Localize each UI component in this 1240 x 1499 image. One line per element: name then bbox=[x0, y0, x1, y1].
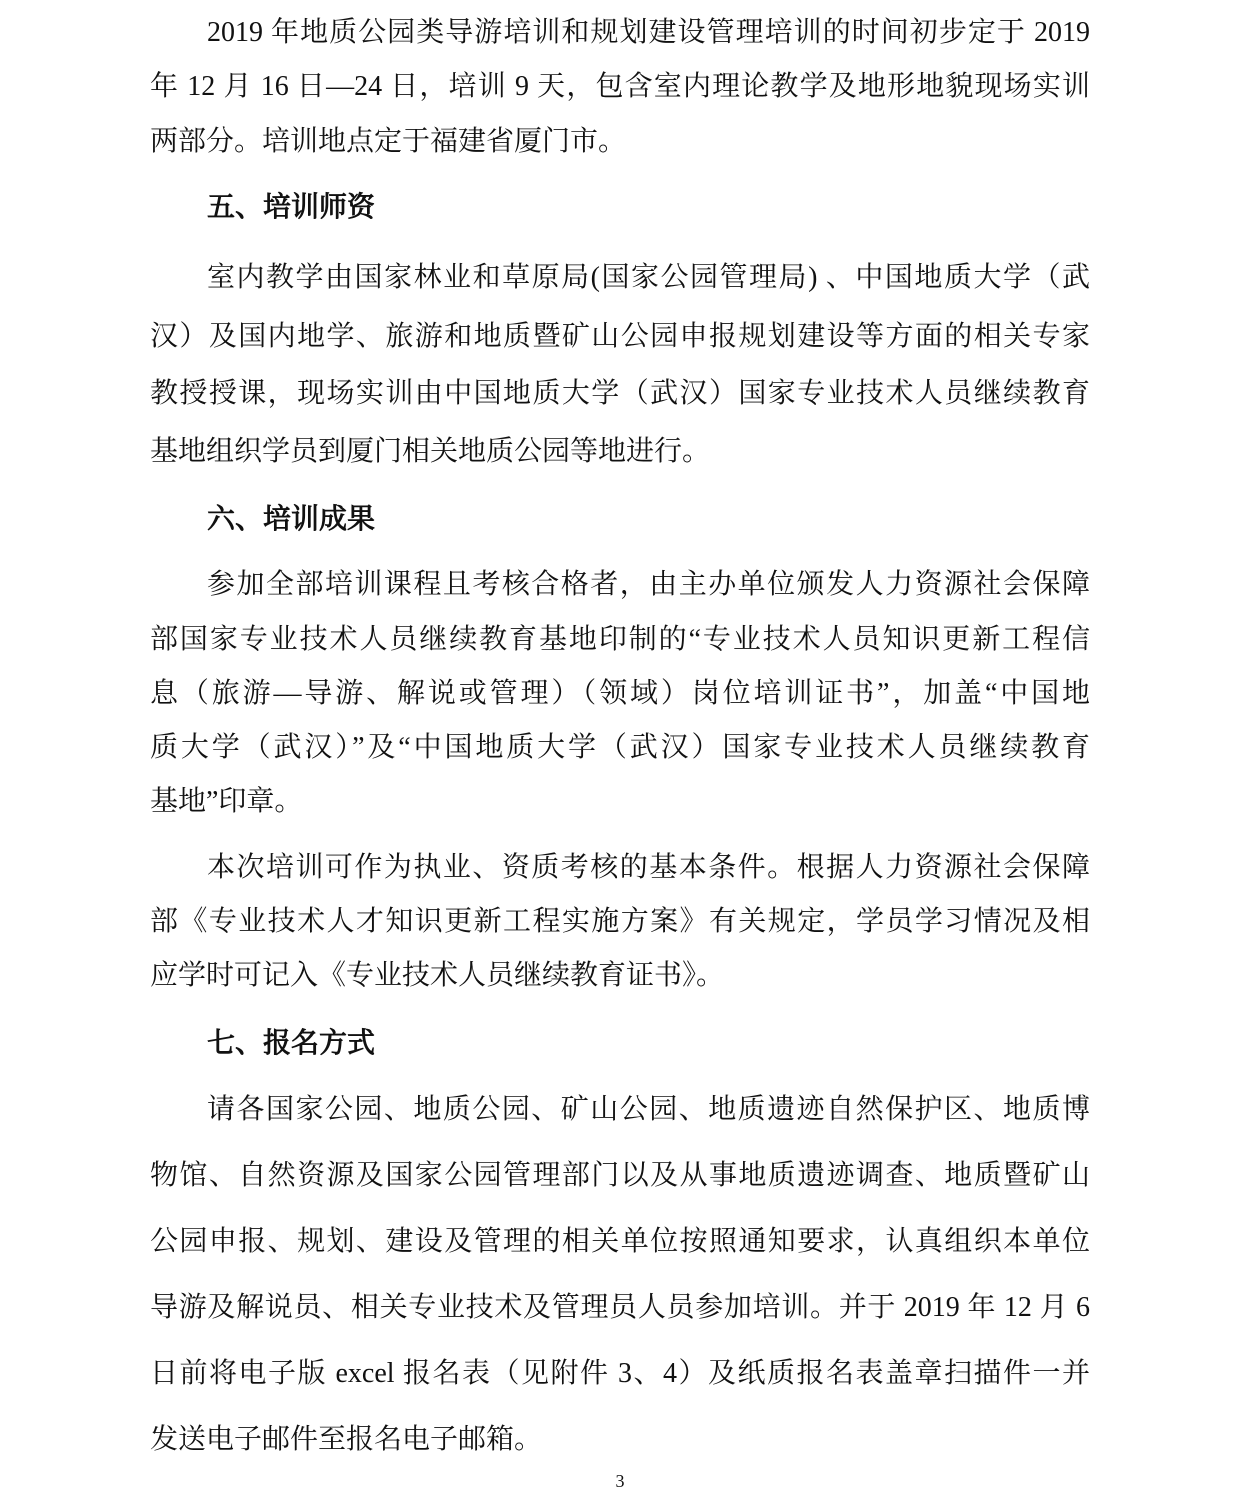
paragraph-line: 汉）及国内地学、旅游和地质暨矿山公园申报规划建设等方面的相关专家 bbox=[150, 320, 1090, 354]
paragraph-line: 室内教学由国家林业和草原局(国家公园管理局) 、中国地质大学（武 bbox=[207, 261, 1090, 295]
paragraph-line: 基地”印章。 bbox=[150, 785, 1090, 819]
paragraph-line: 部国家专业技术人员继续教育基地印制的“专业技术人员知识更新工程信 bbox=[150, 623, 1090, 657]
paragraph-line: 部《专业技术人才知识更新工程实施方案》有关规定，学员学习情况及相 bbox=[150, 905, 1090, 939]
paragraph-line: 息（旅游—导游、解说或管理）（领域）岗位培训证书”，加盖“中国地 bbox=[150, 677, 1090, 711]
paragraph-line: 基地组织学员到厦门相关地质公园等地进行。 bbox=[150, 435, 1090, 469]
paragraph-line: 本次培训可作为执业、资质考核的基本条件。根据人力资源社会保障 bbox=[207, 851, 1090, 885]
section-heading: 七、报名方式 bbox=[207, 1027, 375, 1061]
section-heading: 五、培训师资 bbox=[207, 191, 375, 225]
paragraph-line: 两部分。培训地点定于福建省厦门市。 bbox=[150, 125, 1090, 159]
paragraph-line: 应学时可记入《专业技术人员继续教育证书》。 bbox=[150, 959, 1090, 993]
paragraph-line: 2019 年地质公园类导游培训和规划建设管理培训的时间初步定于 2019 bbox=[207, 16, 1090, 50]
paragraph-line: 导游及解说员、相关专业技术及管理员人员参加培训。并于 2019 年 12 月 6 bbox=[150, 1291, 1090, 1325]
page-number: 3 bbox=[0, 1470, 1240, 1492]
paragraph-line: 质大学（武汉）”及“中国地质大学（武汉）国家专业技术人员继续教育 bbox=[150, 731, 1090, 765]
section-heading: 六、培训成果 bbox=[207, 503, 375, 537]
paragraph-line: 请各国家公园、地质公园、矿山公园、地质遗迹自然保护区、地质博 bbox=[207, 1093, 1090, 1127]
paragraph-line: 教授授课，现场实训由中国地质大学（武汉）国家专业技术人员继续教育 bbox=[150, 377, 1090, 411]
paragraph-line: 物馆、自然资源及国家公园管理部门以及从事地质遗迹调查、地质暨矿山 bbox=[150, 1159, 1090, 1193]
paragraph-line: 公园申报、规划、建设及管理的相关单位按照通知要求，认真组织本单位 bbox=[150, 1225, 1090, 1259]
paragraph-line: 年 12 月 16 日—24 日，培训 9 天，包含室内理论教学及地形地貌现场实… bbox=[150, 70, 1090, 104]
paragraph-line: 发送电子邮件至报名电子邮箱。 bbox=[150, 1423, 1090, 1457]
document-page: 2019 年地质公园类导游培训和规划建设管理培训的时间初步定于 2019 年 1… bbox=[0, 0, 1240, 1499]
paragraph-line: 日前将电子版 excel 报名表（见附件 3、4）及纸质报名表盖章扫描件一并 bbox=[150, 1357, 1090, 1391]
paragraph-line: 参加全部培训课程且考核合格者，由主办单位颁发人力资源社会保障 bbox=[207, 568, 1090, 602]
